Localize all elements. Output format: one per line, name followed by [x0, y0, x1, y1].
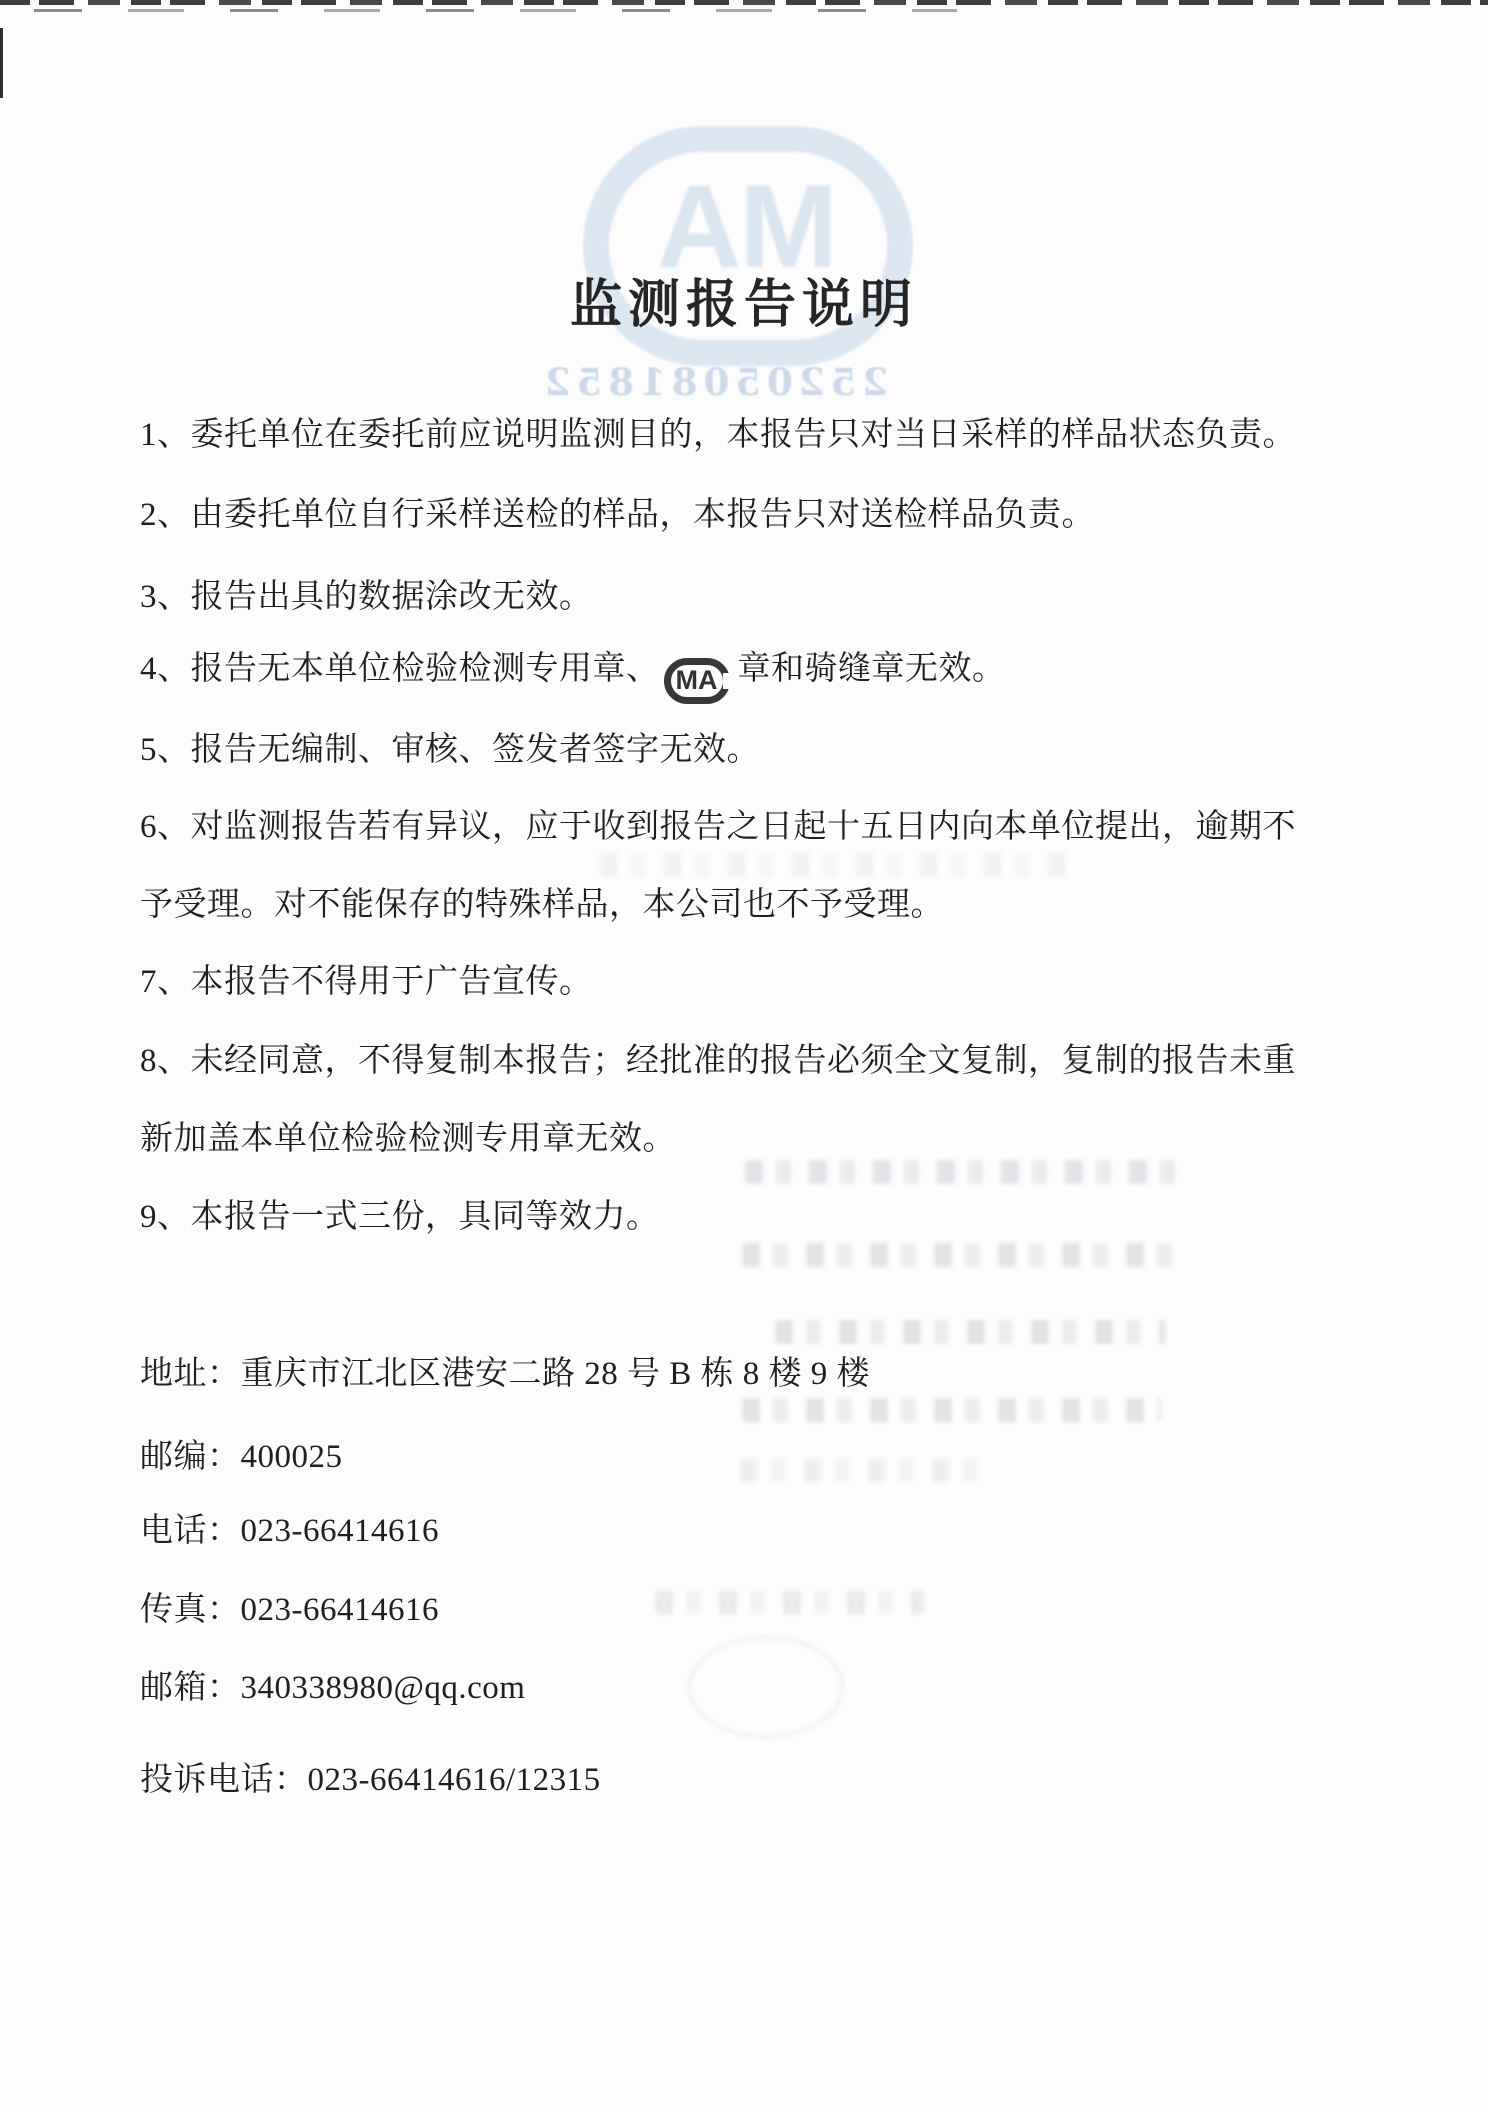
note-line-9: 9、本报告一式三份，具同等效力。: [140, 1196, 660, 1238]
note-line-7: 7、本报告不得用于广告宣传。: [140, 961, 593, 1003]
contact-value-phone: 023-66414616: [241, 1513, 440, 1549]
contact-label-email: 邮箱：: [140, 1670, 241, 1706]
scanned-document-page: MA 25205081852 监测报告说明 1、委托单位在委托前应说明监测目的，…: [0, 0, 1488, 2105]
contact-value-zipcode: 400025: [241, 1439, 343, 1475]
scan-artifact-top-line-2: [34, 9, 957, 12]
note-line-6-cont: 予受理。对不能保存的特殊样品，本公司也不予受理。: [140, 884, 944, 926]
contact-row-complaint-phone: 投诉电话：023-66414616/12315: [140, 1759, 601, 1801]
note-line-8: 8、未经同意，不得复制本报告；经批准的报告必须全文复制，复制的报告未重: [140, 1040, 1296, 1082]
scan-artifact-top-line: [0, 0, 1488, 5]
contact-value-fax: 023-66414616: [241, 1592, 440, 1628]
bleed-through-mark: [740, 1458, 980, 1482]
page-title: 监测报告说明: [0, 262, 1488, 337]
note-line-4-suffix: 章和骑缝章无效。: [738, 651, 1006, 687]
cma-badge: MA: [664, 658, 730, 704]
contact-row-fax: 传真：023-66414616: [140, 1589, 439, 1631]
scan-artifact-left-edge: [0, 28, 3, 98]
contact-row-address: 地址：重庆市江北区港安二路 28 号 B 栋 8 楼 9 楼: [140, 1353, 870, 1395]
note-line-1: 1、委托单位在委托前应说明监测目的，本报告只对当日采样的样品状态负责。: [140, 414, 1296, 456]
bleed-through-mark: [742, 1243, 1187, 1267]
note-line-4-prefix: 4、报告无本单位检验检测专用章、: [140, 651, 660, 687]
cma-badge-label: MA: [671, 665, 723, 696]
bleed-through-mark: [655, 1590, 925, 1614]
contact-row-zipcode: 邮编：400025: [140, 1436, 343, 1478]
contact-row-email: 邮箱：340338980@qq.com: [140, 1667, 525, 1709]
note-line-6: 6、对监测报告若有异议，应于收到报告之日起十五日内向本单位提出，逾期不: [140, 806, 1296, 848]
contact-label-address: 地址：: [140, 1356, 241, 1392]
contact-value-email: 340338980@qq.com: [241, 1670, 526, 1706]
contact-label-phone: 电话：: [140, 1513, 241, 1549]
bleed-through-ring: [688, 1636, 844, 1738]
note-line-3: 3、报告出具的数据涂改无效。: [140, 576, 593, 618]
note-line-4: 4、报告无本单位检验检测专用章、MA章和骑缝章无效。: [140, 648, 1006, 704]
contact-row-phone: 电话：023-66414616: [140, 1510, 439, 1552]
bleed-through-mark: [745, 1160, 1185, 1184]
contact-value-address: 重庆市江北区港安二路 28 号 B 栋 8 楼 9 楼: [241, 1356, 871, 1392]
note-line-5: 5、报告无编制、审核、签发者签字无效。: [140, 729, 760, 771]
contact-label-fax: 传真：: [140, 1592, 241, 1628]
bleed-through-mark: [775, 1320, 1165, 1344]
note-line-2: 2、由委托单位自行采样送检的样品，本报告只对送检样品负责。: [140, 494, 1095, 536]
bleed-through-mark: [600, 853, 1070, 877]
note-line-8-cont: 新加盖本单位检验检测专用章无效。: [140, 1118, 676, 1160]
watermark-certificate-number: 25205081852: [558, 360, 888, 404]
bleed-through-mark: [742, 1398, 1162, 1422]
contact-label-complaint-phone: 投诉电话：: [140, 1762, 308, 1798]
contact-label-zipcode: 邮编：: [140, 1439, 241, 1475]
contact-value-complaint-phone: 023-66414616/12315: [308, 1762, 601, 1798]
